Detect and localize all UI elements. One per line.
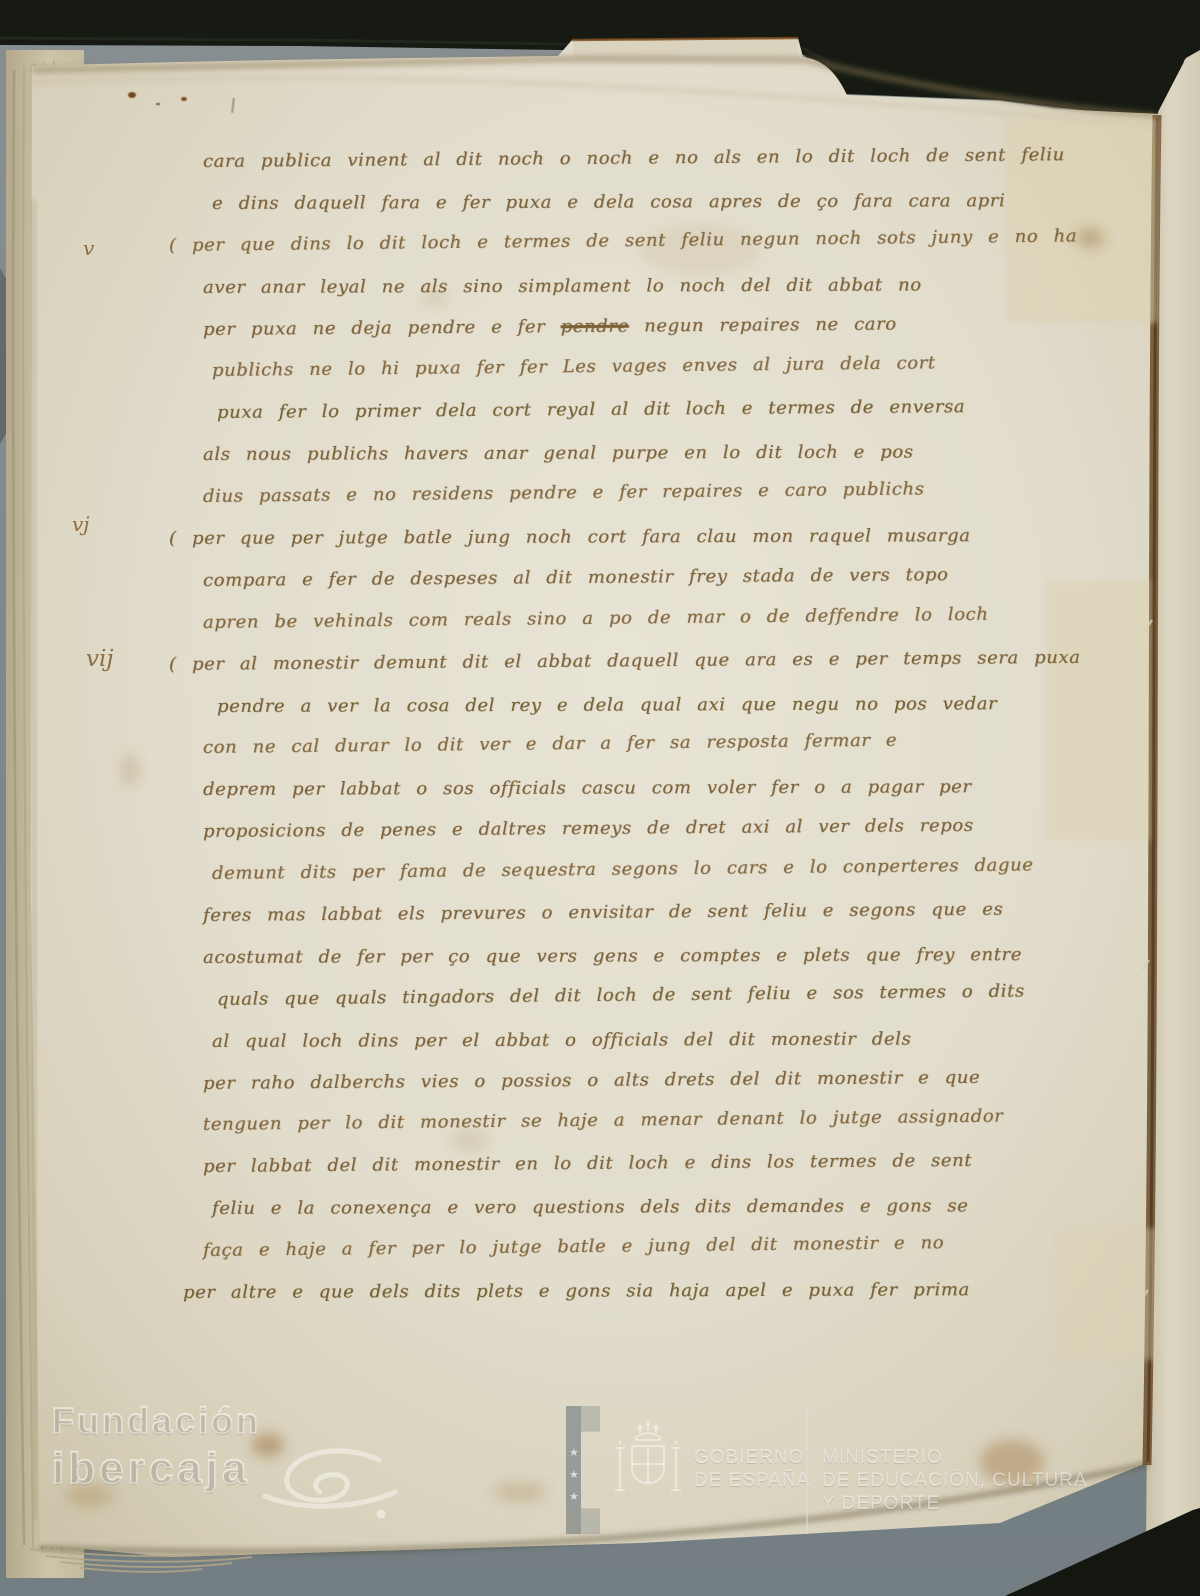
stain: [494, 1482, 546, 1502]
manuscript-text-block: cara publica vinent al dit noch o noch e…: [203, 149, 1071, 1322]
government-wordmark-line1: GOBIERNO: [694, 1446, 810, 1469]
watermark-divider: [806, 1404, 808, 1534]
manuscript-line: quals que quals tingadors del dit loch d…: [217, 978, 1071, 1029]
government-wordmark: GOBIERNO DE ESPAÑA: [694, 1446, 810, 1492]
stain: [1076, 228, 1104, 248]
manuscript-line: cara publica vinent al dit noch o noch e…: [203, 142, 1071, 191]
star-icon: ★: [569, 1446, 579, 1459]
manuscript-line: ( per al monestir demunt dit el abbat da…: [169, 645, 1071, 694]
manuscript-line: ( per que per jutge batle jung noch cort…: [169, 523, 1071, 568]
watermark-ibercaja: Fundación ibercaja: [52, 1400, 261, 1494]
ministry-wordmark-line2: DE EDUCACIÓN, CULTURA: [822, 1469, 1088, 1492]
margin-numeral-v: v: [83, 236, 94, 260]
government-wordmark-line2: DE ESPAÑA: [694, 1469, 810, 1492]
ministry-wordmark-line1: MINISTERIO: [822, 1446, 1088, 1469]
manuscript-line: per altre e que dels dits plets e gons s…: [183, 1277, 1071, 1322]
margin-numeral-vj: vj: [72, 512, 90, 536]
ibercaja-wordmark-line2: ibercaja: [52, 1444, 261, 1494]
ibercaja-logo-icon: [257, 1440, 407, 1535]
manuscript-line: per labbat del dit monestir en lo dit lo…: [203, 1148, 1071, 1197]
manuscript-line: aver anar leyal ne als sino simplament l…: [203, 272, 1071, 317]
star-icon: ★: [569, 1468, 579, 1481]
flag-banner-icon-column: ★ ★ ★: [566, 1406, 581, 1534]
stain: [120, 754, 140, 786]
tape-patch: [1056, 1228, 1156, 1360]
manuscript-line: publichs ne lo hi puxa fer fer Les vages…: [212, 349, 1071, 400]
watermark-government: ★ ★ ★ GOBIERNO DE ESPAÑA MINISTERIO DE E…: [566, 1400, 1156, 1540]
spain-coat-of-arms-icon: [610, 1420, 686, 1520]
manuscript-line: apren be vehinals com reals sino a po de…: [203, 601, 1071, 652]
ministry-wordmark-line3: Y DEPORTE: [822, 1492, 1088, 1515]
manuscript-line: feres mas labbat els prevures o envisita…: [203, 896, 1071, 945]
bookmark-tab: [573, 40, 798, 58]
manuscript-line: faça e haje a fer per lo jutge batle e j…: [203, 1229, 1071, 1280]
manuscript-scan-viewport: cara publica vinent al dit noch o noch e…: [0, 0, 1200, 1596]
ministry-wordmark: MINISTERIO DE EDUCACIÓN, CULTURA Y DEPOR…: [822, 1446, 1088, 1515]
manuscript-line: puxa fer lo primer dela cort reyal al di…: [217, 394, 1071, 443]
manuscript-line: con ne cal durar lo dit ver e dar a fer …: [203, 726, 1071, 777]
manuscript-line: dius passats e no residens pendre e fer …: [203, 475, 1071, 526]
ibercaja-wordmark-line1: Fundación: [52, 1400, 261, 1442]
manuscript-line: tenguen per lo dit monestir se haje a me…: [203, 1103, 1071, 1154]
manuscript-line: ( per que dins lo dit loch e termes de s…: [169, 223, 1071, 274]
star-icon: ★: [569, 1490, 579, 1503]
manuscript-line: demunt dits per fama de sequestra segons…: [212, 852, 1071, 903]
struck-word: pendre: [561, 315, 629, 337]
ink-blots: [128, 92, 136, 98]
manuscript-line: al qual loch dins per el abbat o officia…: [212, 1026, 1071, 1071]
margin-numeral-vij: vij: [86, 646, 113, 672]
